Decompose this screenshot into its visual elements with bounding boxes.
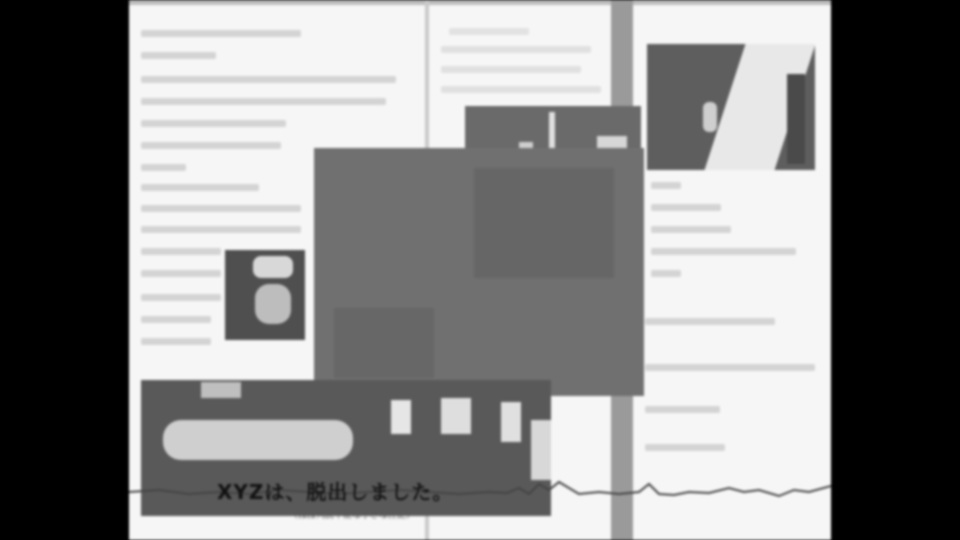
subtitle-sub: （ほぼ判読不能な小さな注記） [289,508,415,521]
subtitle-main: XYZは、脱出しました。 [217,476,453,505]
gray-overlay-rectangle [314,148,644,396]
portrait-photo-top-right [647,44,815,170]
video-frame: XYZは、脱出しました。 （ほぼ判読不能な小さな注記） [129,0,831,540]
portrait-photo-left [225,250,305,340]
top-edge [129,0,831,5]
